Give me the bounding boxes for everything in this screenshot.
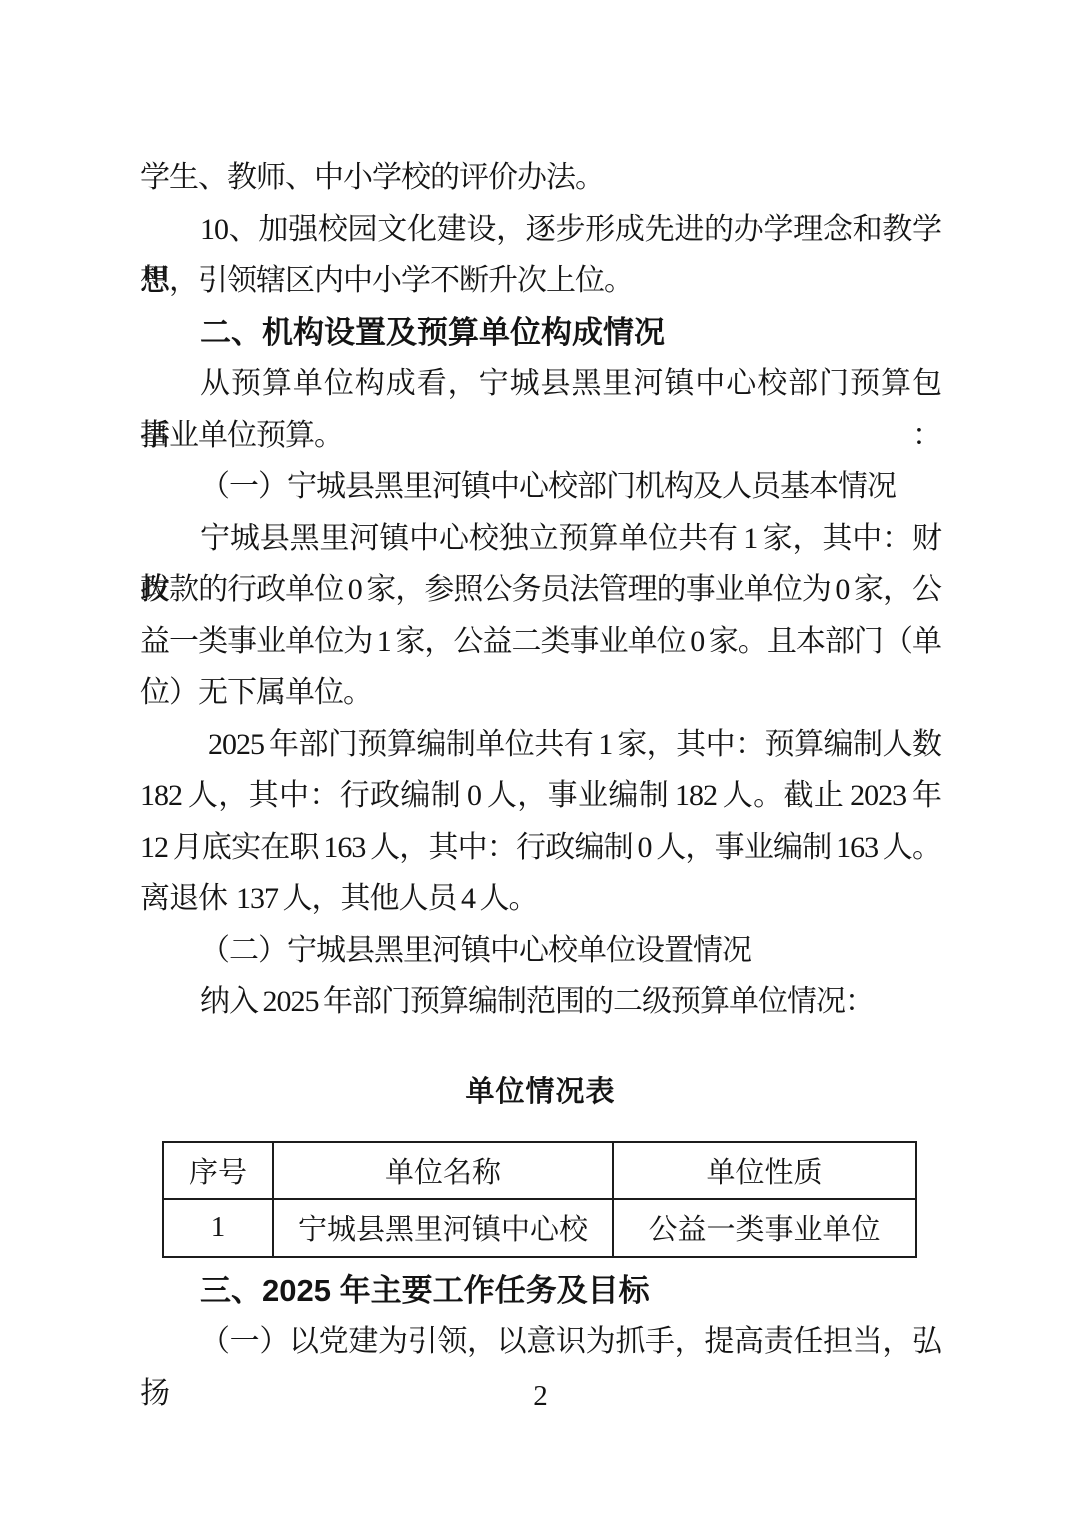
table-cell-seq: 1	[163, 1199, 273, 1257]
table-header-row: 序号 单位名称 单位性质	[163, 1142, 916, 1199]
paragraph-line: 宁城县黑里河镇中心校独立预算单位共有 1 家，其中：财政	[140, 513, 941, 565]
paragraph-line: （一）以党建为引领，以意识为抓手，提高责任担当，弘扬	[140, 1316, 941, 1368]
table-row: 1 宁城县黑里河镇中心校 公益一类事业单位	[163, 1199, 916, 1257]
paragraph-line: 离退休 137 人，其他人员 4 人。	[140, 873, 941, 925]
paragraph-line: 182 人，其中：行政编制 0 人，事业编制 182 人。截止 2023 年	[140, 770, 941, 822]
paragraph-line: 位）无下属单位。	[140, 667, 941, 719]
table-cell-name: 宁城县黑里河镇中心校	[273, 1199, 613, 1257]
paragraph-line: 2025 年部门预算编制单位共有 1 家，其中：预算编制人数	[140, 719, 941, 771]
subsection-heading-2: （二）宁城县黑里河镇中心校单位设置情况	[140, 925, 941, 977]
paragraph-line: 纳入 2025 年部门预算编制范围的二级预算单位情况：	[140, 976, 941, 1028]
table-title: 单位情况表	[140, 1066, 941, 1118]
document-page: 学生、教师、中小学校的评价办法。 10、加强校园文化建设，逐步形成先进的办学理念…	[0, 0, 1074, 1520]
paragraph-line: 学生、教师、中小学校的评价办法。	[140, 152, 941, 204]
table-header-nature: 单位性质	[613, 1142, 916, 1199]
unit-info-table: 序号 单位名称 单位性质 1 宁城县黑里河镇中心校 公益一类事业单位	[162, 1141, 917, 1258]
paragraph-line: 12 月底实在职 163 人，其中：行政编制 0 人，事业编制 163 人。	[140, 822, 941, 874]
document-body: 学生、教师、中小学校的评价办法。 10、加强校园文化建设，逐步形成先进的办学理念…	[140, 152, 941, 1416]
paragraph-line: 从预算单位构成看，宁城县黑里河镇中心校部门预算包括：	[140, 358, 941, 410]
paragraph-line: 益一类事业单位为 1 家，公益二类事业单位 0 家。且本部门（单	[140, 616, 941, 668]
table-cell-nature: 公益一类事业单位	[613, 1199, 916, 1257]
paragraph-line: 想，引领辖区内中小学不断升次上位。	[140, 255, 941, 307]
section-heading-2: 二、机构设置及预算单位构成情况	[140, 307, 941, 359]
subsection-heading-1: （一）宁城县黑里河镇中心校部门机构及人员基本情况	[140, 461, 941, 513]
section-heading-3: 三、2025 年主要工作任务及目标	[140, 1265, 941, 1317]
table-header-seq: 序号	[163, 1142, 273, 1199]
table-header-name: 单位名称	[273, 1142, 613, 1199]
page-number: 2	[140, 1376, 941, 1416]
paragraph-line: 拨款的行政单位 0 家，参照公务员法管理的事业单位为 0 家，公	[140, 564, 941, 616]
paragraph-line: 10、加强校园文化建设，逐步形成先进的办学理念和教学思	[140, 204, 941, 256]
